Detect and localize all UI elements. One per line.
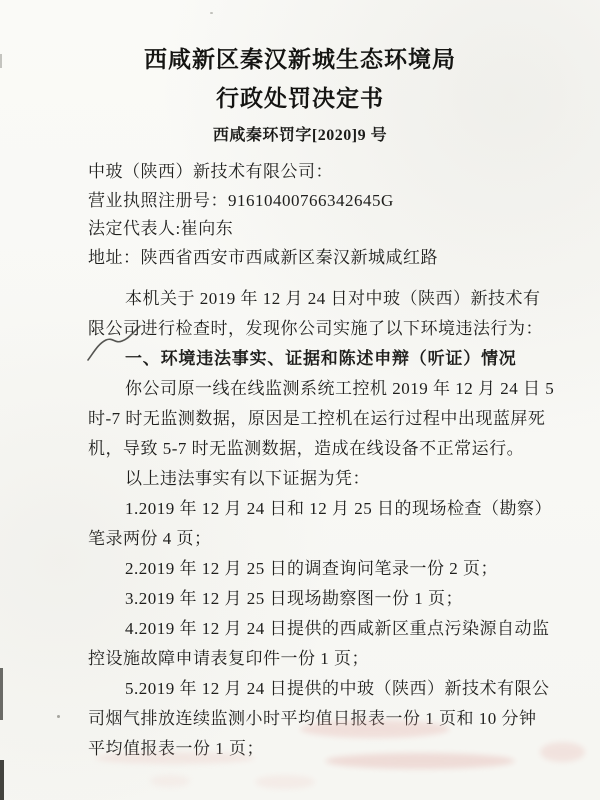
body-line: 以上违法事实有以下证据为凭： bbox=[88, 464, 564, 494]
body-line: 你公司原一线在线监测系统工控机 2019 年 12 月 24 日 5 bbox=[88, 374, 564, 404]
scan-edge-mark bbox=[0, 760, 4, 800]
addressee-address: 地址：陕西省西安市西咸新区秦汉新城咸红路 bbox=[88, 244, 560, 273]
addressee-block: 中玻（陕西）新技术有限公司： 营业执照注册号：91610400766342645… bbox=[0, 158, 600, 272]
document-title-line2: 行政处罚决定书 bbox=[0, 79, 600, 118]
body-line: 平均值报表一份 1 页； bbox=[88, 734, 564, 764]
document-header: 西咸新区秦汉新城生态环境局 行政处罚决定书 西咸秦环罚字[2020]9 号 bbox=[0, 0, 600, 148]
body-line: 时-7 时无监测数据，原因是工控机在运行过程中出现蓝屏死 bbox=[88, 404, 564, 434]
stamp-bleed-mark bbox=[150, 775, 190, 787]
addressee-registration-number: 营业执照注册号：91610400766342645G bbox=[88, 187, 560, 216]
body-line: 4.2019 年 12 月 24 日提供的西咸新区重点污染源自动监 bbox=[88, 614, 564, 644]
addressee-legal-representative: 法定代表人:崔向东 bbox=[88, 215, 560, 244]
addressee-company: 中玻（陕西）新技术有限公司： bbox=[88, 158, 560, 187]
body-line: 限公司进行检查时，发现你公司实施了以下环境违法行为： bbox=[88, 314, 564, 344]
stamp-bleed-mark bbox=[255, 775, 315, 789]
document-title-line1: 西咸新区秦汉新城生态环境局 bbox=[0, 40, 600, 79]
scanned-document-page: 西咸新区秦汉新城生态环境局 行政处罚决定书 西咸秦环罚字[2020]9 号 中玻… bbox=[0, 0, 600, 800]
body-line: 机，导致 5-7 时无监测数据，造成在线设备不正常运行。 bbox=[88, 434, 564, 464]
body-line: 控设施故障申请表复印件一份 1 页； bbox=[88, 644, 564, 674]
body-line: 5.2019 年 12 月 24 日提供的中玻（陕西）新技术有限公 bbox=[88, 674, 564, 704]
document-number: 西咸秦环罚字[2020]9 号 bbox=[0, 124, 600, 148]
body-line: 2.2019 年 12 月 25 日的调查询问笔录一份 2 页； bbox=[88, 554, 564, 584]
body-line: 本机关于 2019 年 12 月 24 日对中玻（陕西）新技术有 bbox=[88, 284, 564, 314]
body-line: 司烟气排放连续监测小时平均值日报表一份 1 页和 10 分钟 bbox=[88, 704, 564, 734]
document-body: 本机关于 2019 年 12 月 24 日对中玻（陕西）新技术有限公司进行检查时… bbox=[0, 284, 600, 764]
body-line: 笔录两份 4 页； bbox=[88, 524, 564, 554]
body-section-heading: 一、环境违法事实、证据和陈述申辩（听证）情况 bbox=[88, 344, 564, 374]
body-line: 1.2019 年 12 月 24 日和 12 月 25 日的现场检查（勘察） bbox=[88, 494, 564, 524]
body-line: 3.2019 年 12 月 25 日现场勘察图一份 1 页； bbox=[88, 584, 564, 614]
